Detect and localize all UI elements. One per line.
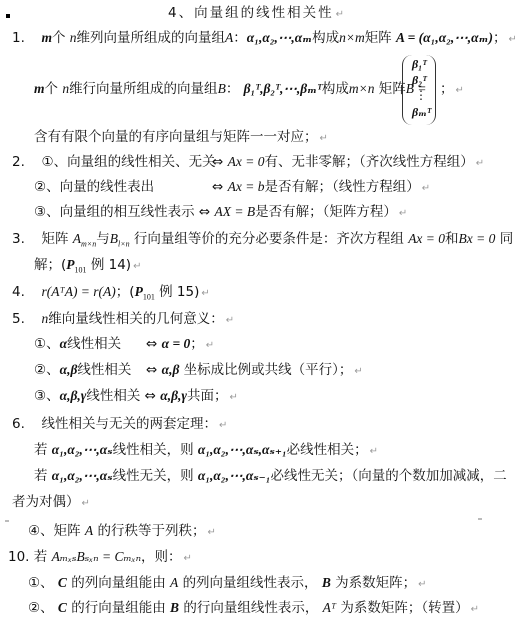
return-mark: ↵ <box>184 553 192 564</box>
iff-icon: ⇔ <box>146 362 157 378</box>
matrix-cell: β₁ᵀ <box>412 57 427 72</box>
text: 的行秩等于列秩； <box>97 523 205 539</box>
matrix-cell: βₘᵀ <box>412 105 431 120</box>
math-A: A <box>85 523 93 538</box>
text: 线性无关，则 <box>113 468 194 484</box>
math-dim: n×m <box>339 30 365 45</box>
text: ①、向量组的线性相关、无关 <box>41 154 215 170</box>
return-mark: ↵ <box>336 9 346 20</box>
text: 维行向量所组成的向量组 <box>69 81 218 97</box>
return-mark: ↵ <box>320 133 328 144</box>
math-vecs: α₁,α₂,⋯,αₛ <box>52 442 113 457</box>
text: 矩阵 <box>41 231 68 247</box>
item-5-heading: 5. n维向量线性相关的几何意义：↵ <box>12 310 234 330</box>
text: 维列向量所组成的向量组 <box>77 30 226 46</box>
text: ①、 <box>28 575 54 591</box>
math-vecs: α₁,α₂,⋯,αₛ,αₛ₊₁ <box>198 442 287 457</box>
text: ； <box>440 81 454 97</box>
subscript: l×n <box>118 240 130 249</box>
text: 若 <box>34 468 48 484</box>
item-6-heading: 6. 线性相关与无关的两套定理：↵ <box>12 415 227 435</box>
return-mark: ↵ <box>207 527 215 538</box>
text: 线性相关 <box>67 336 121 352</box>
math-dim: m×n <box>349 81 375 96</box>
item-1-line-b: m个 n维行向量所组成的向量组B： β₁ᵀ,β₂ᵀ,⋯,βₘᵀ构成m×n 矩阵B… <box>34 80 427 98</box>
return-mark: ↵ <box>476 158 484 169</box>
text: 有、无非零解；（齐次线性方程组） <box>264 154 473 170</box>
text: 者为对偶） <box>12 494 80 510</box>
text: ③、向量组的相互线性表示 <box>34 204 195 220</box>
text: 必线性无关；（向量的个数加加减减，二 <box>270 468 506 484</box>
math-eq: Ax = 0 <box>228 154 265 169</box>
item-2-row-1-math: ⇔ Ax = 0有、无非零解；（齐次线性方程组）↵ <box>212 153 484 173</box>
math-vec: α,β,γ <box>160 388 187 403</box>
text: 的列向量组线性表示， <box>183 575 318 591</box>
text: 为系数矩阵；（转置） <box>340 600 468 616</box>
text: ②、向量的线性表出 <box>34 179 154 195</box>
math-eq: Ax = b <box>228 179 265 194</box>
return-mark: ↵ <box>399 208 407 219</box>
item-5-row-2: ②、α,β线性相关 <box>34 361 131 379</box>
text: 线性相关 <box>86 388 140 404</box>
subscript: 101 <box>143 293 155 302</box>
text: 线性相关与无关的两套定理： <box>41 416 217 432</box>
return-mark: ↵ <box>230 392 238 403</box>
matrix-cell: ⋮ <box>415 88 427 102</box>
item-3-line-1: 3. 矩阵 Am×n与Bl×n 行向量组等价的充分必要条件是：齐次方程组 Ax … <box>12 230 513 254</box>
item-10-row-1: ①、 C 的列向量组能由 A 的列向量组线性表示， B 为系数矩阵；↵ <box>28 574 427 594</box>
text: 坐标成比例或共线（平行）； <box>184 362 353 378</box>
text: 构成 <box>322 81 349 97</box>
math-vec: α,β <box>60 362 78 377</box>
text: 例 15) <box>159 284 199 300</box>
text: 同 <box>500 231 514 247</box>
math-P: P <box>66 257 74 272</box>
margin-mark <box>5 520 9 522</box>
math-C: C <box>58 600 67 615</box>
text: 含有有限个向量的有序向量组与矩阵一一对应； <box>34 129 318 145</box>
item-number: 2. <box>12 154 25 170</box>
math-C: C <box>58 575 67 590</box>
item-6-row-3: 者为对偶）↵ <box>12 493 90 513</box>
item-10-row-2: ②、 C 的行向量组能由 B 的行向量组线性表示， Aᵀ 为系数矩阵；（转置）↵ <box>28 599 479 619</box>
math-B: B <box>170 600 179 615</box>
iff-icon: ⇔ <box>145 388 156 404</box>
item-4-rank: ④、矩阵 A 的行秩等于列秩；↵ <box>28 522 216 542</box>
math-P: P <box>135 284 143 299</box>
bullet-marker <box>6 14 10 18</box>
math-vec: α,β <box>162 362 180 377</box>
text: 共面； <box>187 388 228 404</box>
text: 的行向量组线性表示， <box>183 600 318 616</box>
subscript: m×n <box>81 240 96 249</box>
matrix-end: ；↵ <box>440 80 464 100</box>
item-6-row-1: 若 α₁,α₂,⋯,αₛ线性相关，则 α₁,α₂,⋯,αₛ,αₛ₊₁必线性相关；… <box>34 441 378 461</box>
math-eq: Bx = 0 <box>459 231 496 246</box>
item-2-row-2: ②、向量的线性表出 <box>34 178 154 196</box>
math-vecs: α₁,α₂,⋯,αₛ <box>52 468 113 483</box>
item-number: 5. <box>12 311 25 327</box>
text: 个 <box>52 30 66 46</box>
return-mark: ↵ <box>133 261 141 272</box>
math-eq: AₘₓₛBₛₓₙ = Cₘₓₙ <box>52 549 141 564</box>
text: ： <box>233 30 247 46</box>
text: ①、 <box>34 336 60 352</box>
item-number: 10. <box>8 549 29 565</box>
item-number: 3. <box>12 231 25 247</box>
return-mark: ↵ <box>422 183 430 194</box>
return-mark: ↵ <box>219 420 227 431</box>
text: 若 <box>34 549 48 565</box>
item-1-line-a: 1. m个 n维列向量所组成的向量组A：α₁,α₂,⋯,αₘ构成n×m矩阵 A … <box>12 29 515 49</box>
text: 个 <box>45 81 59 97</box>
text: 的行向量组能由 <box>71 600 166 616</box>
return-mark: ↵ <box>354 366 362 377</box>
return-mark: ↵ <box>206 340 214 351</box>
iff-icon: ⇔ <box>212 154 223 170</box>
math-eq: Ax = 0 <box>408 231 445 246</box>
iff-icon: ⇔ <box>199 204 210 220</box>
math-vec: α <box>60 336 67 351</box>
title-text: 4、向量组的线性相关性 <box>168 5 334 21</box>
return-mark: ↵ <box>508 34 515 45</box>
text: ②、 <box>34 362 60 378</box>
item-4: 4. r(AᵀA) = r(A)；(P101 例 15)↵ <box>12 283 210 307</box>
math-beta-vectors: β₁ᵀ,β₂ᵀ,⋯,βₘᵀ <box>244 81 322 96</box>
text: 若 <box>34 442 48 458</box>
item-number: 4. <box>12 284 25 300</box>
math-m: m <box>41 30 52 45</box>
item-5-row-2-math: ⇔ α,β 坐标成比例或共线（平行）；↵ <box>146 361 363 381</box>
math-B: B <box>110 231 118 246</box>
return-mark: ↵ <box>82 498 90 509</box>
section-title: 4、向量组的线性相关性↵ <box>168 4 346 24</box>
margin-mark <box>478 518 482 520</box>
math-m: m <box>34 81 45 96</box>
text: 线性相关 <box>77 362 131 378</box>
text: 和 <box>445 231 459 247</box>
math-vecs: α₁,α₂,⋯,αₛ₋₁ <box>198 468 271 483</box>
matrix-cell: β₂ᵀ <box>412 73 427 88</box>
return-mark: ↵ <box>226 315 234 326</box>
math-A: A <box>170 575 178 590</box>
return-mark: ↵ <box>471 604 479 615</box>
return-mark: ↵ <box>370 446 378 457</box>
item-1-line-c: 含有有限个向量的有序向量组与矩阵一一对应；↵ <box>34 128 328 148</box>
text: 例 14) <box>91 257 131 273</box>
math-A-transpose: Aᵀ <box>323 600 336 615</box>
text: ②、 <box>28 600 54 616</box>
item-3-line-2: 解；(P101 例 14)↵ <box>34 256 141 280</box>
math-eq: α = 0 <box>162 336 191 351</box>
iff-icon: ⇔ <box>212 179 223 195</box>
text: ： <box>226 81 240 97</box>
item-number: 6. <box>12 416 25 432</box>
text: 为系数矩阵； <box>335 575 416 591</box>
math-matrix-A: A = (α₁,α₂,⋯,αₘ) <box>396 30 493 45</box>
item-2-row-2-math: ⇔ Ax = b是否有解；（线性方程组）↵ <box>212 178 430 198</box>
item-2-row-1: 2. ①、向量组的线性相关、无关 <box>12 153 216 171</box>
matrix-B: β₁ᵀ β₂ᵀ ⋮ βₘᵀ <box>402 55 436 125</box>
return-mark: ↵ <box>456 85 464 96</box>
iff-icon: ⇔ <box>146 336 157 352</box>
math-B: B <box>322 575 331 590</box>
item-6-row-2: 若 α₁,α₂,⋯,αₛ线性无关，则 α₁,α₂,⋯,αₛ₋₁必线性无关；（向量… <box>34 467 507 485</box>
text: ，则： <box>141 549 182 565</box>
item-2-row-3: ③、向量组的相互线性表示 ⇔ AX = B是否有解；（矩阵方程）↵ <box>34 203 407 223</box>
item-5-row-1: ①、α线性相关 <box>34 335 121 353</box>
text: ；( <box>116 284 135 300</box>
text: 的列向量组能由 <box>71 575 166 591</box>
text: ； <box>190 336 204 352</box>
item-10-heading: 10. 若 AₘₓₛBₛₓₙ = Cₘₓₙ，则：↵ <box>8 548 192 568</box>
text: ③、 <box>34 388 60 404</box>
return-mark: ↵ <box>201 288 209 299</box>
text: 构成 <box>312 30 339 46</box>
text: 维向量线性相关的几何意义： <box>48 311 224 327</box>
text: 是否有解；（线性方程组） <box>264 179 419 195</box>
subscript: 101 <box>75 266 87 275</box>
math-eq: r(AᵀA) = r(A) <box>41 284 115 299</box>
item-5-row-3: ③、α,β,γ线性相关 ⇔ α,β,γ共面；↵ <box>34 387 238 407</box>
text: ④、矩阵 <box>28 523 81 539</box>
item-number: 1. <box>12 30 25 46</box>
text: 是否有解；（矩阵方程） <box>255 204 397 220</box>
text: 与 <box>96 231 110 247</box>
item-5-row-1-math: ⇔ α = 0；↵ <box>146 335 214 355</box>
text: 必线性相关； <box>287 442 368 458</box>
math-vec: α,β,γ <box>60 388 87 403</box>
math-alpha-vectors: α₁,α₂,⋯,αₘ <box>247 30 312 45</box>
text: 矩阵 <box>365 30 392 46</box>
math-B: B <box>218 81 226 96</box>
math-eq: AX = B <box>215 204 256 219</box>
return-mark: ↵ <box>418 579 426 590</box>
text: ； <box>493 30 507 46</box>
math-n: n <box>70 30 77 45</box>
math-A: A <box>73 231 81 246</box>
text: 解；( <box>34 257 66 273</box>
text: 线性相关，则 <box>113 442 194 458</box>
text: 行向量组等价的充分必要条件是：齐次方程组 <box>134 231 404 247</box>
